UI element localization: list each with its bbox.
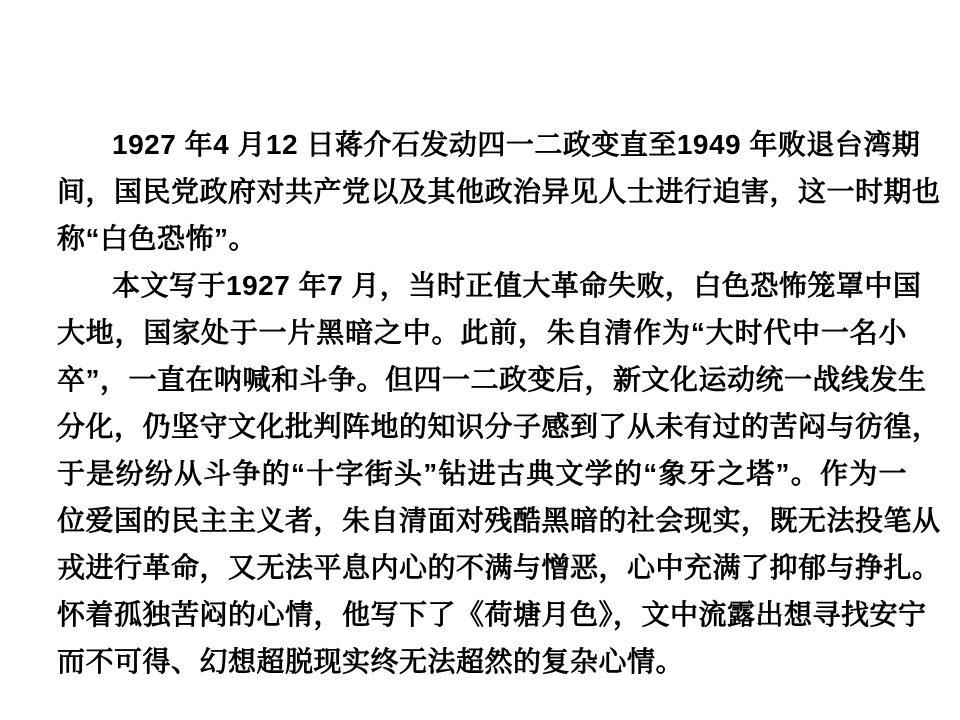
text-line: 位爱国的民主主义者，朱自清面对残酷黑暗的社会现实，既无法投笔从 <box>57 497 907 544</box>
body-text: 1927 年4 月12 日蒋介石发动四一二政变直至1949 年败退台湾期 间，国… <box>57 121 907 685</box>
text-line: 1927 年4 月12 日蒋介石发动四一二政变直至1949 年败退台湾期 <box>57 121 907 168</box>
text-line: 戎进行革命，又无法平息内心的不满与憎恶，心中充满了抑郁与挣扎。 <box>57 544 907 591</box>
text-line: 称“白色恐怖”。 <box>57 215 907 262</box>
paragraph-background-1: 1927 年4 月12 日蒋介石发动四一二政变直至1949 年败退台湾期 间，国… <box>57 121 907 262</box>
text-line: 间，国民党政府对共产党以及其他政治异见人士进行迫害，这一时期也 <box>57 168 907 215</box>
text-line: 大地，国家处于一片黑暗之中。此前，朱自清作为“大时代中一名小 <box>57 309 907 356</box>
text-line: 于是纷纷从斗争的“十字街头”钻进古典文学的“象牙之塔”。作为一 <box>57 450 907 497</box>
text-line: 怀着孤独苦闷的心情，他写下了《荷塘月色》，文中流露出想寻找安宁 <box>57 591 907 638</box>
text-line: 卒”，一直在呐喊和斗争。但四一二政变后，新文化运动统一战线发生 <box>57 356 907 403</box>
text-line: 本文写于1927 年7 月，当时正值大革命失败，白色恐怖笼罩中国 <box>57 262 907 309</box>
text-line: 分化，仍坚守文化批判阵地的知识分子感到了从未有过的苦闷与彷徨， <box>57 403 907 450</box>
paragraph-background-2: 本文写于1927 年7 月，当时正值大革命失败，白色恐怖笼罩中国 大地，国家处于… <box>57 262 907 685</box>
slide: 1927 年4 月12 日蒋介石发动四一二政变直至1949 年败退台湾期 间，国… <box>0 0 960 720</box>
text-line: 而不可得、幻想超脱现实终无法超然的复杂心情。 <box>57 638 907 685</box>
